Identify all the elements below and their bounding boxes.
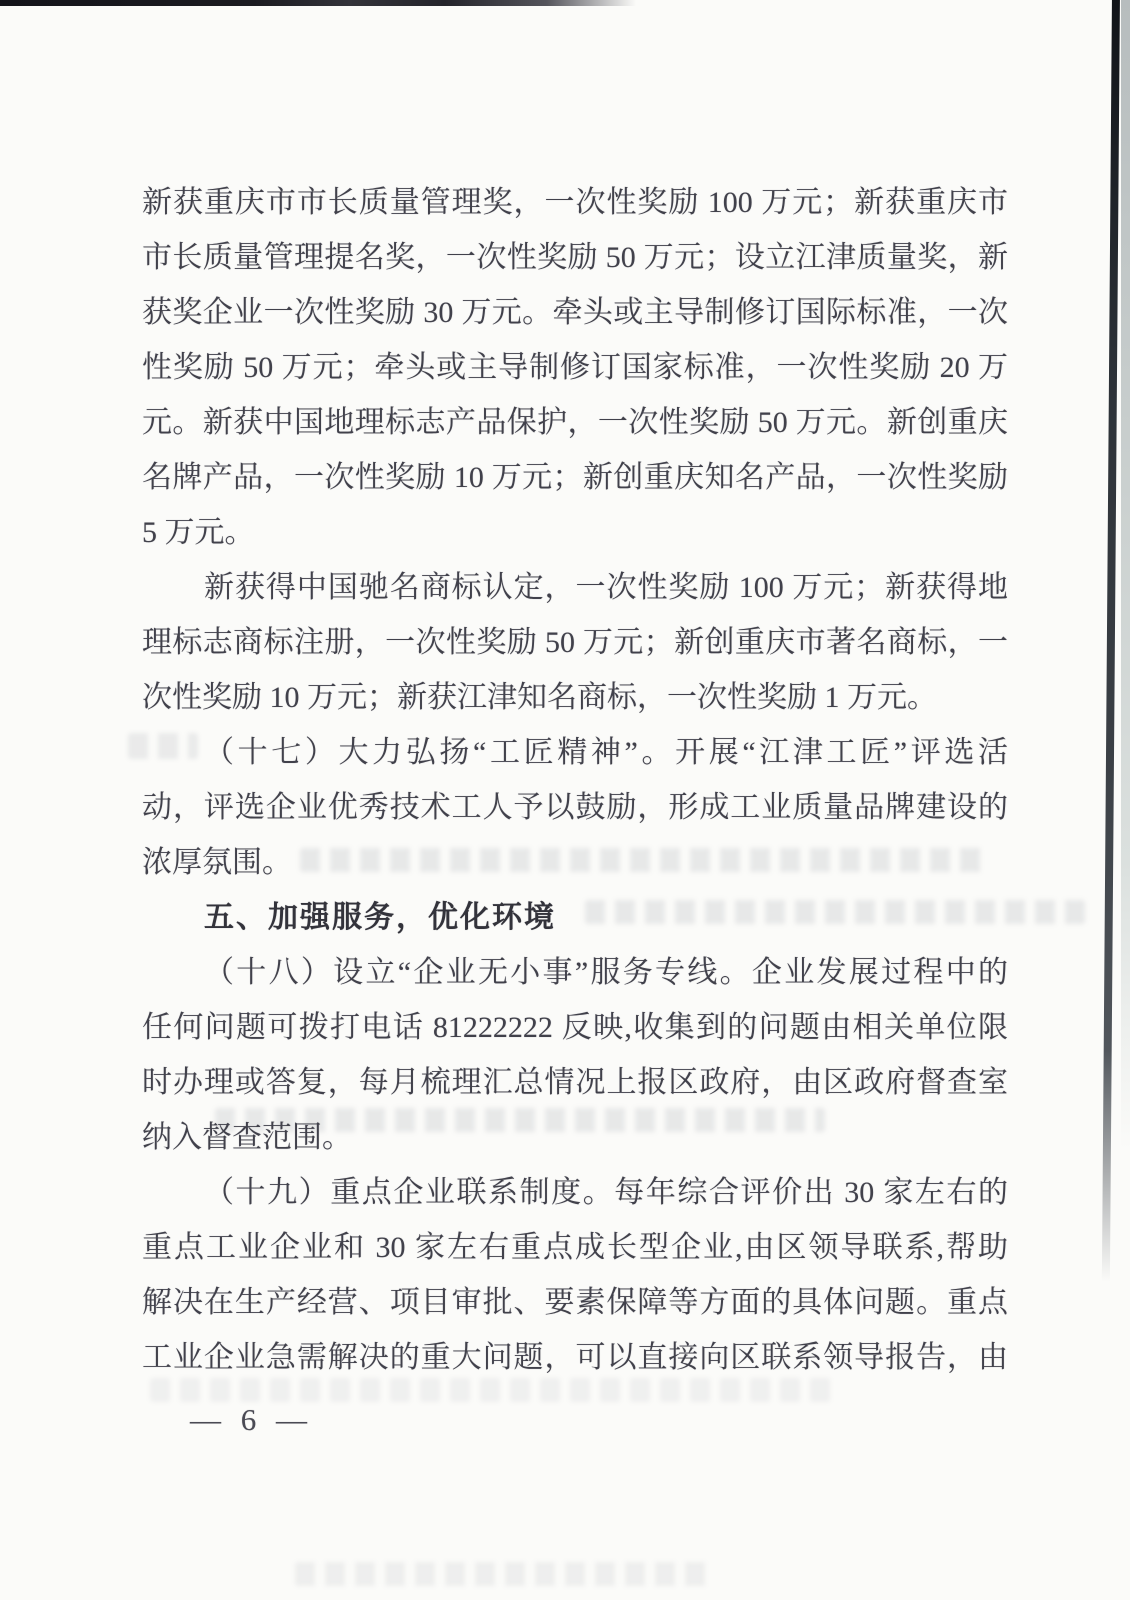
text-line: 名牌产品，一次性奖励 10 万元；新创重庆知名产品，一次性奖励 bbox=[142, 450, 1008, 505]
text-line: 重点工业企业和 30 家左右重点成长型企业,由区领导联系,帮助 bbox=[142, 1220, 1008, 1275]
text-line: 时办理或答复，每月梳理汇总情况上报区政府，由区政府督查室 bbox=[142, 1055, 1008, 1110]
scan-artifact-right-line bbox=[1102, 0, 1120, 1282]
section-heading-5: 五、加强服务，优化环境 bbox=[142, 890, 1008, 945]
text-line: 浓厚氛围。 bbox=[142, 835, 1008, 890]
text-line: 新获得中国驰名商标认定，一次性奖励 100 万元；新获得地 bbox=[142, 560, 1008, 615]
paragraph-19-key-enterprise-contact: （十九）重点企业联系制度。每年综合评价出 30 家左右的 重点工业企业和 30 … bbox=[142, 1165, 1008, 1385]
scan-artifact-right-shade bbox=[1121, 0, 1130, 1150]
text-line: 理标志商标注册，一次性奖励 50 万元；新创重庆市著名商标，一 bbox=[142, 615, 1008, 670]
text-line: 纳入督查范围。 bbox=[142, 1110, 1008, 1165]
text-line: 工业企业急需解决的重大问题，可以直接向区联系领导报告，由 bbox=[142, 1330, 1008, 1385]
text-line: （十七）大力弘扬“工匠精神”。开展“江津工匠”评选活 bbox=[142, 725, 1008, 780]
text-line: 市长质量管理提名奖，一次性奖励 50 万元；设立江津质量奖，新 bbox=[142, 230, 1008, 285]
paragraph-quality-awards: 新获重庆市市长质量管理奖，一次性奖励 100 万元；新获重庆市 市长质量管理提名… bbox=[142, 175, 1008, 560]
text-line: 动，评选企业优秀技术工人予以鼓励，形成工业质量品牌建设的 bbox=[142, 780, 1008, 835]
bleedthrough-smudge bbox=[295, 1562, 715, 1586]
text-line: 性奖励 50 万元；牵头或主导制修订国家标准，一次性奖励 20 万 bbox=[142, 340, 1008, 395]
scanned-document-page: 新获重庆市市长质量管理奖，一次性奖励 100 万元；新获重庆市 市长质量管理提名… bbox=[0, 0, 1130, 1600]
text-line: 解决在生产经营、项目审批、要素保障等方面的具体问题。重点 bbox=[142, 1275, 1008, 1330]
text-line: （十九）重点企业联系制度。每年综合评价出 30 家左右的 bbox=[142, 1165, 1008, 1220]
paragraph-18-service-hotline: （十八）设立“企业无小事”服务专线。企业发展过程中的 任何问题可拨打电话 812… bbox=[142, 945, 1008, 1165]
text-line: 获奖企业一次性奖励 30 万元。牵头或主导制修订国际标准，一次 bbox=[142, 285, 1008, 340]
document-body: 新获重庆市市长质量管理奖，一次性奖励 100 万元；新获重庆市 市长质量管理提名… bbox=[142, 175, 1008, 1385]
paragraph-17-craftsman-spirit: （十七）大力弘扬“工匠精神”。开展“江津工匠”评选活 动，评选企业优秀技术工人予… bbox=[142, 725, 1008, 890]
text-line: 新获重庆市市长质量管理奖，一次性奖励 100 万元；新获重庆市 bbox=[142, 175, 1008, 230]
text-line: 元。新获中国地理标志产品保护，一次性奖励 50 万元。新创重庆 bbox=[142, 395, 1008, 450]
page-number: — 6 — bbox=[190, 1402, 313, 1438]
text-line: 次性奖励 10 万元；新获江津知名商标，一次性奖励 1 万元。 bbox=[142, 670, 1008, 725]
text-line: 5 万元。 bbox=[142, 505, 1008, 560]
text-line: 任何问题可拨打电话 81222222 反映,收集到的问题由相关单位限 bbox=[142, 1000, 1008, 1055]
scan-artifact-top-edge bbox=[0, 0, 636, 6]
paragraph-trademark-awards: 新获得中国驰名商标认定，一次性奖励 100 万元；新获得地 理标志商标注册，一次… bbox=[142, 560, 1008, 725]
text-line: （十八）设立“企业无小事”服务专线。企业发展过程中的 bbox=[142, 945, 1008, 1000]
